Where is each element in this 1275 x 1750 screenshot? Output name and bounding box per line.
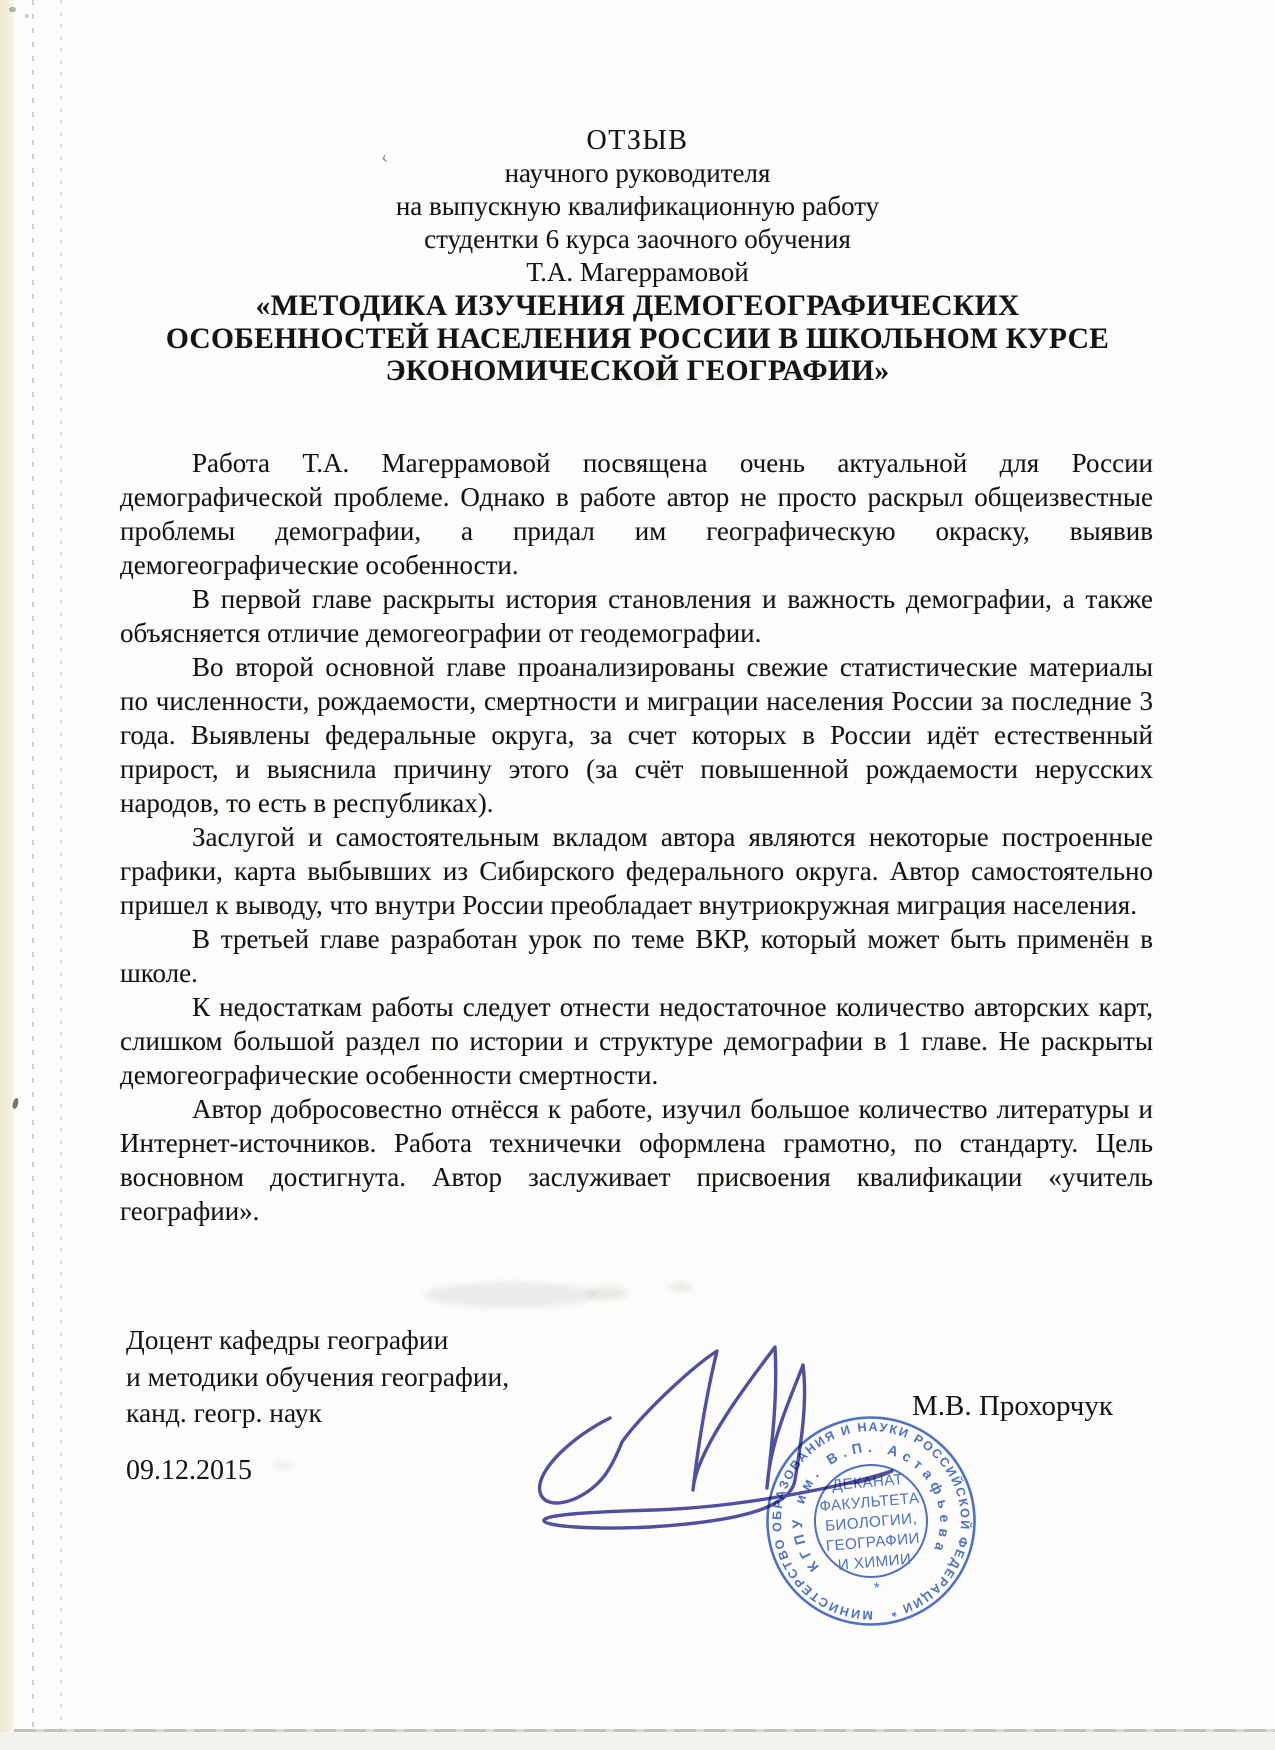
scan-dotted-line [60, 0, 62, 1750]
paragraph: В третьей главе разработан урок по теме … [120, 922, 1153, 990]
scan-speck [25, 14, 29, 18]
paragraph: В первой главе раскрыты история становле… [120, 582, 1153, 650]
header-subtitle-line: студентки 6 курса заочного обучения [122, 223, 1153, 256]
scan-bottom-margin [0, 1732, 1275, 1750]
scan-speck [9, 7, 16, 12]
paragraph: Заслугой и самостоятельным вкладом автор… [120, 820, 1153, 922]
header-subtitle-line: на выпускную квалификационную работу [122, 190, 1153, 223]
scanned-review-page: ‹ ОТЗЫВ научного руководителя на выпускн… [0, 0, 1275, 1750]
paragraph: Работа Т.А. Магеррамовой посвящена очень… [120, 446, 1153, 582]
thesis-title: «МЕТОДИКА ИЗУЧЕНИЯ ДЕМОГЕОГРАФИЧЕСКИХ ОС… [122, 290, 1153, 388]
handwritten-signature [400, 1180, 920, 1580]
paragraph: Во второй основной главе проанализирован… [120, 650, 1153, 820]
student-name: Т.А. Магеррамовой [122, 256, 1153, 289]
scan-dotted-line [32, 0, 34, 1750]
stamp-star: * [873, 1580, 880, 1597]
scan-edge-strip [0, 0, 14, 1750]
header-subtitle-line: научного руководителя [122, 157, 1153, 190]
review-body: Работа Т.А. Магеррамовой посвящена очень… [120, 446, 1153, 1228]
document-header: ОТЗЫВ научного руководителя на выпускную… [122, 124, 1153, 388]
document-type-title: ОТЗЫВ [122, 124, 1153, 157]
paragraph: К недостаткам работы следует отнести нед… [120, 990, 1153, 1092]
